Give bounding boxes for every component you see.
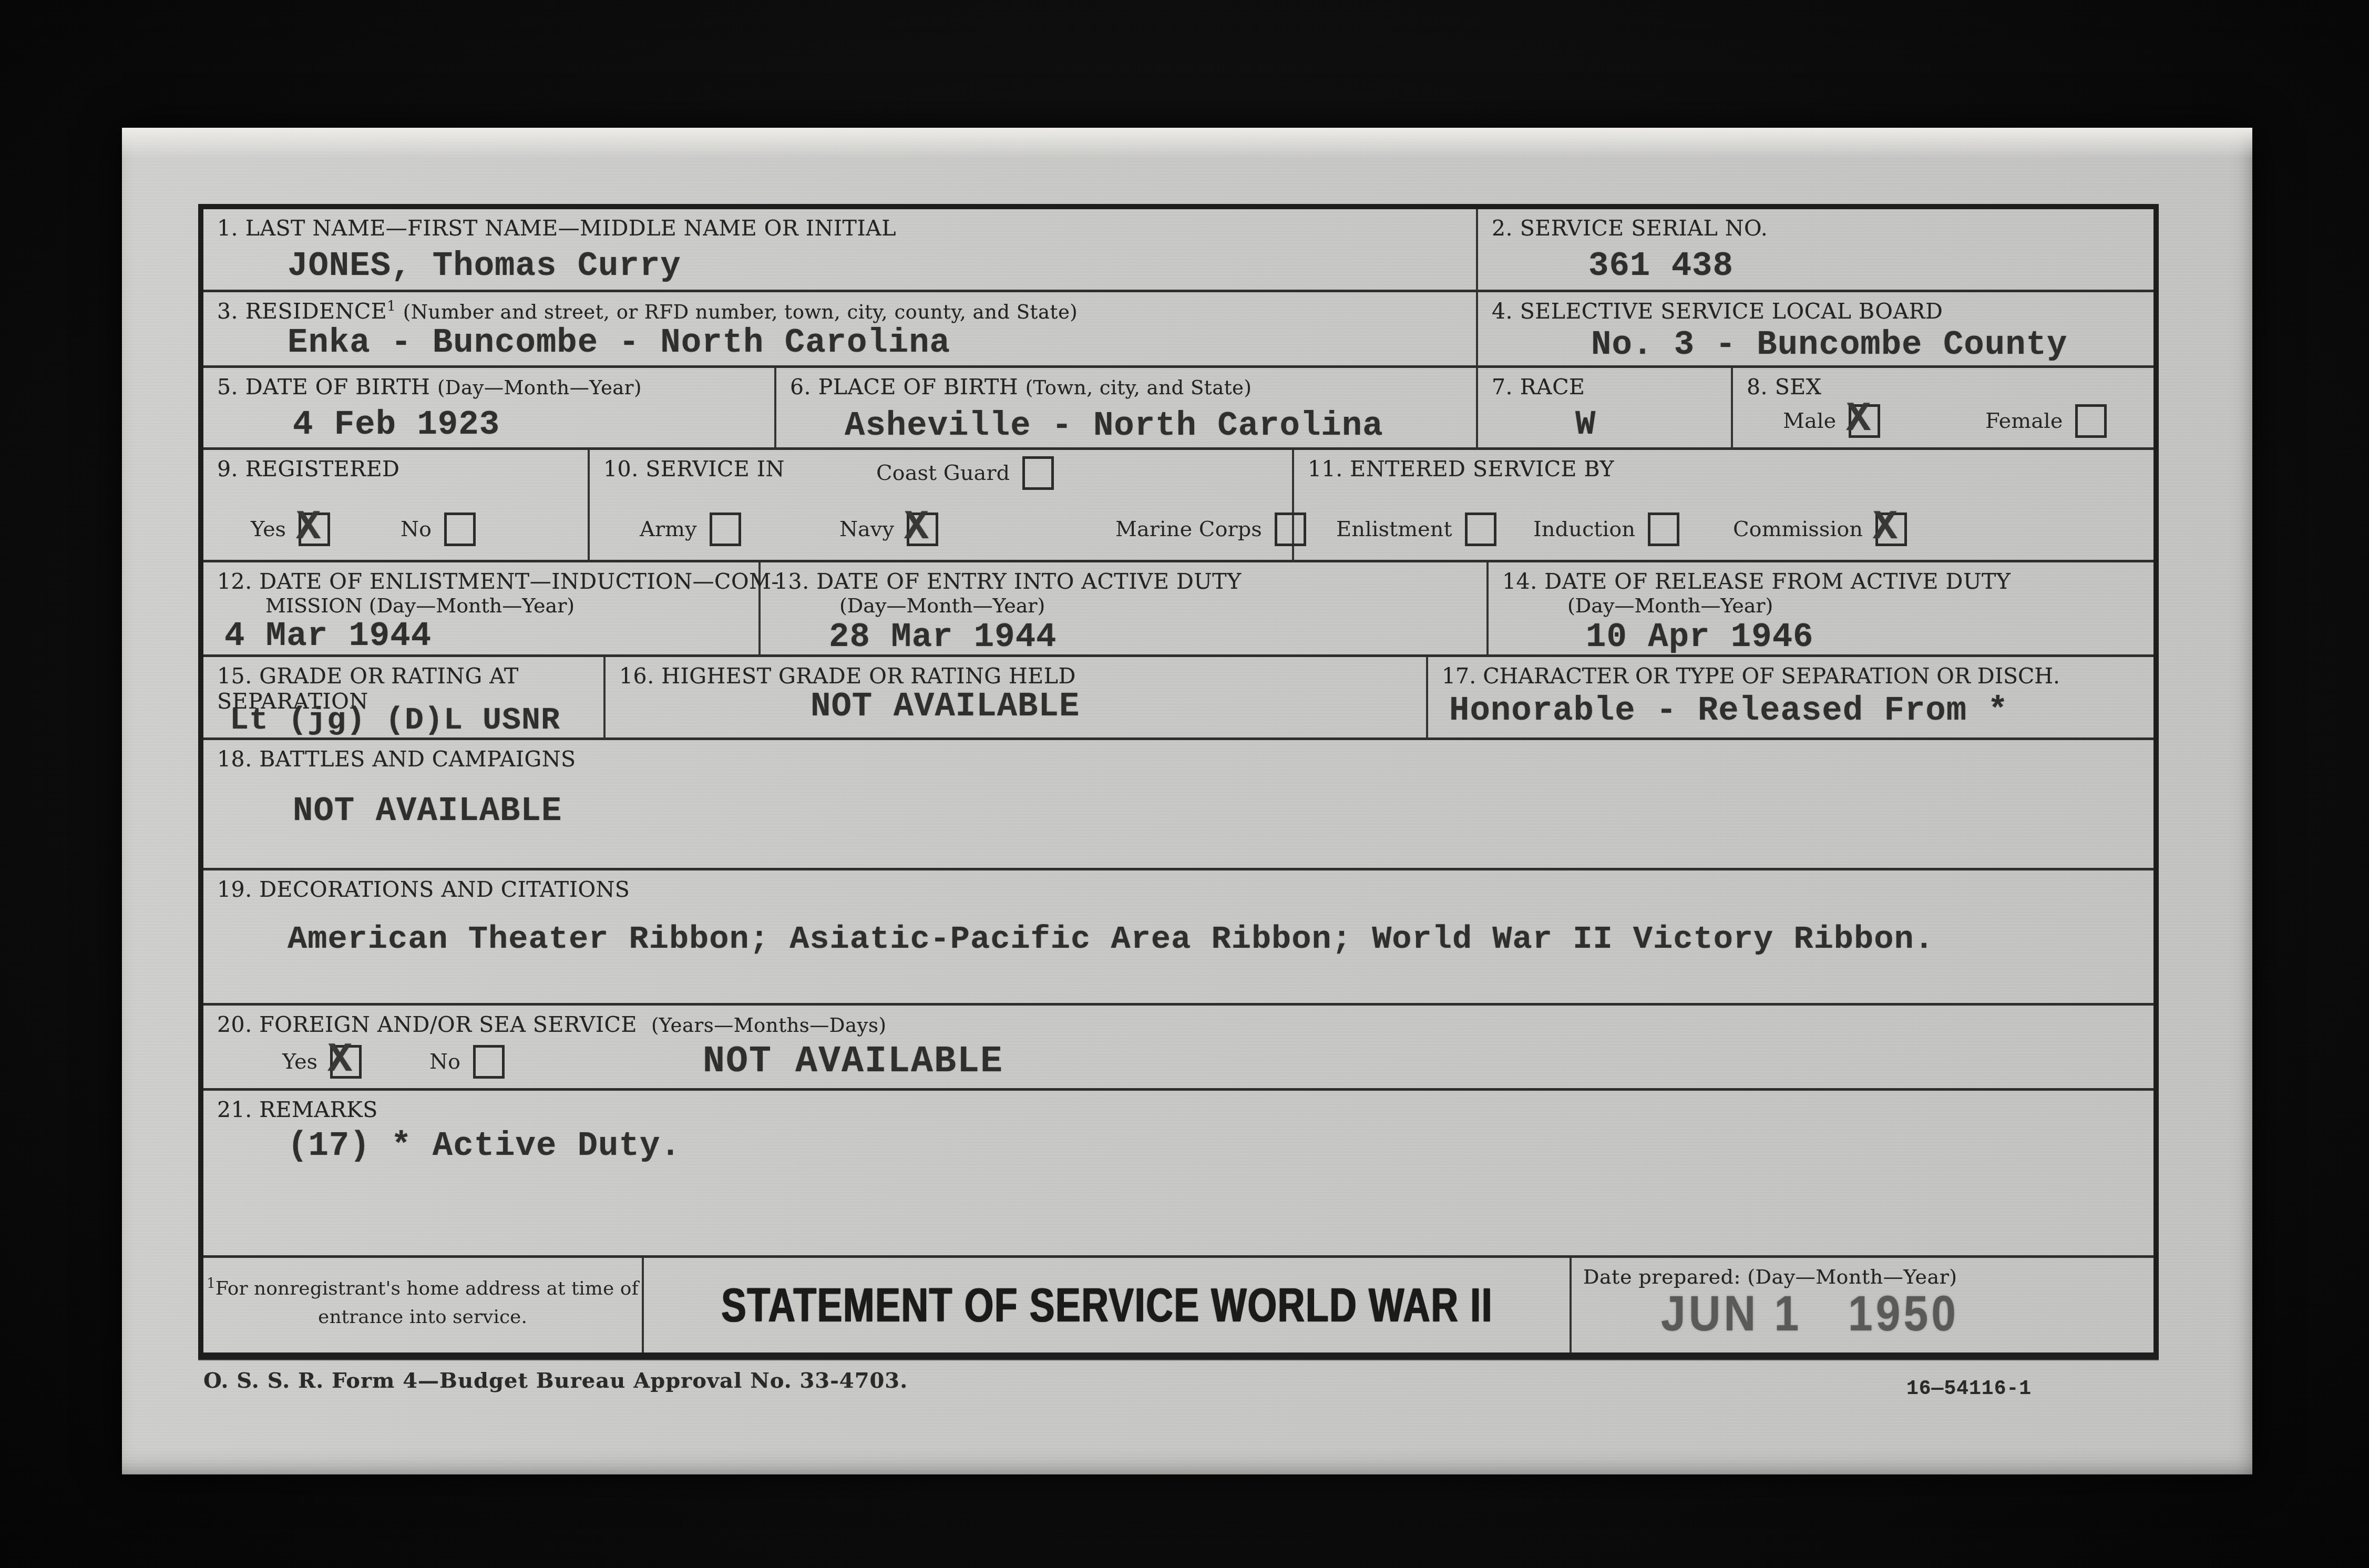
check-mark: X — [1873, 505, 1898, 551]
value-local-board: No. 3 - Buncombe County — [1591, 326, 2067, 364]
field-label: 11. ENTERED SERVICE BY — [1308, 456, 2149, 481]
field-label-line2: MISSION (Day—Month—Year) — [265, 594, 575, 617]
checkbox-sea-service-yes: Yes X — [282, 1045, 362, 1079]
checkbox-sea-service-no: No X — [429, 1045, 505, 1079]
field-9-registered: 9. REGISTERED Yes X No X — [203, 450, 590, 562]
checkbox-label: Induction — [1533, 517, 1635, 541]
field-6-place-of-birth: 6. PLACE OF BIRTH (Town, city, and State… — [776, 368, 1478, 450]
field-sublabel: (Town, city, and State) — [1025, 376, 1252, 399]
checkbox-induction: Induction X — [1533, 513, 1679, 546]
value-date-entry-active-duty: 28 Mar 1944 — [829, 619, 1057, 657]
check-mark: X — [327, 1037, 352, 1083]
field-5-date-of-birth: 5. DATE OF BIRTH (Day—Month—Year) 4 Feb … — [203, 368, 776, 450]
checkbox-box: X — [1022, 456, 1054, 490]
form-title: STATEMENT OF SERVICE WORLD WAR II — [713, 1254, 1500, 1356]
field-label: 18. BATTLES AND CAMPAIGNS — [217, 746, 2149, 772]
checkbox-box: X — [1465, 513, 1496, 546]
checkbox-box: X — [1875, 513, 1907, 546]
checkbox-label: Coast Guard — [876, 461, 1010, 485]
field-label: 7. RACE — [1492, 374, 1727, 399]
checkbox-marine-corps: Marine Corps X — [1115, 513, 1306, 546]
field-label: 5. DATE OF BIRTH — [217, 374, 430, 399]
checkbox-box: X — [2075, 404, 2107, 438]
checkbox-label: Army — [640, 517, 697, 541]
field-label-line2: (Day—Month—Year) — [1567, 594, 1773, 617]
checkbox-label: No — [401, 517, 432, 541]
value-remarks: (17) * Active Duty. — [288, 1128, 681, 1165]
field-1-last-name: 1. LAST NAME—FIRST NAME—MIDDLE NAME OR I… — [203, 209, 1478, 292]
value-date-of-enlistment: 4 Mar 1944 — [224, 618, 432, 655]
checkbox-registered-no: No X — [401, 513, 476, 546]
field-label-line2: (Day—Month—Year) — [839, 594, 1045, 617]
field-3-residence: 3. RESIDENCE1 (Number and street, or RFD… — [203, 292, 1478, 368]
date-prepared-stamp: JUN 1 1950 — [1661, 1285, 1959, 1342]
value-highest-grade: NOT AVAILABLE — [811, 688, 1080, 726]
field-label: 12. DATE OF ENLISTMENT—INDUCTION—COM- — [217, 569, 754, 594]
checkbox-label: Female — [1985, 409, 2063, 433]
checkbox-box: X — [330, 1045, 362, 1079]
checkbox-box: X — [1849, 404, 1880, 438]
field-12-date-of-enlistment: 12. DATE OF ENLISTMENT—INDUCTION—COM- MI… — [203, 562, 761, 657]
check-mark: X — [904, 505, 929, 551]
value-battles-campaigns: NOT AVAILABLE — [293, 793, 562, 831]
field-14-date-release-active-duty: 14. DATE OF RELEASE FROM ACTIVE DUTY (Da… — [1489, 562, 2153, 657]
field-7-race: 7. RACE W — [1478, 368, 1733, 450]
value-residence: Enka - Buncombe - North Carolina — [288, 324, 950, 362]
field-sublabel: (Day—Month—Year) — [437, 376, 642, 399]
check-mark: X — [1846, 396, 1871, 443]
footer-title: STATEMENT OF SERVICE WORLD WAR II — [644, 1258, 1572, 1352]
value-place-of-birth: Asheville - North Carolina — [845, 407, 1383, 445]
form-number: O. S. S. R. Form 4—Budget Bureau Approva… — [203, 1368, 908, 1393]
field-label: 4. SELECTIVE SERVICE LOCAL BOARD — [1492, 299, 2149, 324]
field-4-local-board: 4. SELECTIVE SERVICE LOCAL BOARD No. 3 -… — [1478, 292, 2153, 368]
print-code: 16—54116-1 — [1906, 1378, 2032, 1400]
checkbox-female: Female X — [1985, 404, 2107, 438]
checkbox-enlistment: Enlistment X — [1336, 513, 1496, 546]
checkbox-male: Male X — [1783, 404, 1880, 438]
checkbox-label: Enlistment — [1336, 517, 1452, 541]
checkbox-label: No — [429, 1050, 460, 1074]
scanned-document-page: { "form": { "f1": {"label": "1. LAST NAM… — [0, 0, 2369, 1568]
value-grade-at-separation: Lt (jg) (D)L USNR — [230, 703, 560, 739]
footer-footnote: 1For nonregistrant's home address at tim… — [203, 1258, 644, 1352]
field-label: 1. LAST NAME—FIRST NAME—MIDDLE NAME OR I… — [217, 216, 1472, 241]
field-label: 17. CHARACTER OR TYPE OF SEPARATION OR D… — [1442, 663, 2149, 689]
field-label: 2. SERVICE SERIAL NO. — [1492, 216, 2149, 241]
checkbox-navy: Navy X — [839, 513, 938, 546]
checkbox-box: X — [1648, 513, 1679, 546]
checkbox-box: X — [473, 1045, 505, 1079]
field-2-service-serial: 2. SERVICE SERIAL NO. 361 438 — [1478, 209, 2153, 292]
field-21-remarks: 21. REMARKS (17) * Active Duty. — [203, 1091, 2153, 1258]
footnote-marker: 1 — [207, 1276, 216, 1292]
footnote-line2: entrance into service. — [203, 1303, 642, 1331]
field-label: 8. SEX — [1747, 374, 2149, 399]
field-15-grade-at-separation: 15. GRADE OR RATING AT SEPARATION Lt (jg… — [203, 657, 606, 740]
field-label: 14. DATE OF RELEASE FROM ACTIVE DUTY — [1502, 569, 2149, 594]
checkbox-commission: Commission X — [1733, 513, 1907, 546]
footnote-marker: 1 — [387, 299, 396, 314]
value-foreign-sea-service: NOT AVAILABLE — [703, 1041, 1003, 1083]
checkbox-box: X — [444, 513, 476, 546]
value-date-of-birth: 4 Feb 1923 — [293, 406, 500, 444]
checkbox-coast-guard: Coast Guard X — [876, 456, 1054, 490]
field-sublabel: (Number and street, or RFD number, town,… — [403, 301, 1078, 323]
field-18-battles-campaigns: 18. BATTLES AND CAMPAIGNS NOT AVAILABLE — [203, 740, 2153, 870]
checkbox-label: Yes — [251, 517, 286, 541]
checkbox-box: X — [907, 513, 938, 546]
field-label: 9. REGISTERED — [217, 456, 583, 481]
checkbox-label: Yes — [282, 1050, 317, 1074]
checkbox-label: Marine Corps — [1115, 517, 1262, 541]
check-mark: X — [296, 505, 321, 551]
field-19-decorations-citations: 19. DECORATIONS AND CITATIONS American T… — [203, 870, 2153, 1006]
field-label: 3. RESIDENCE — [217, 299, 387, 324]
value-date-release-active-duty: 10 Apr 1946 — [1586, 619, 1813, 657]
field-label: 13. DATE OF ENTRY INTO ACTIVE DUTY — [774, 569, 1482, 594]
value-character-of-separation: Honorable - Released From * — [1449, 692, 2008, 730]
field-16-highest-grade: 16. HIGHEST GRADE OR RATING HELD NOT AVA… — [606, 657, 1428, 740]
field-20-foreign-sea-service: 20. FOREIGN AND/OR SEA SERVICE (Years—Mo… — [203, 1006, 2153, 1091]
field-11-entered-service-by: 11. ENTERED SERVICE BY Enlistment X Indu… — [1294, 450, 2153, 562]
value-last-name: JONES, Thomas Curry — [288, 248, 681, 285]
checkbox-army: Army X — [640, 513, 741, 546]
field-label: 21. REMARKS — [217, 1097, 2149, 1122]
field-label: 6. PLACE OF BIRTH — [790, 374, 1018, 399]
checkbox-label: Commission — [1733, 517, 1863, 541]
scanned-paper: 1. LAST NAME—FIRST NAME—MIDDLE NAME OR I… — [122, 128, 2252, 1474]
field-17-character-of-separation: 17. CHARACTER OR TYPE OF SEPARATION OR D… — [1428, 657, 2153, 740]
checkbox-box: X — [299, 513, 330, 546]
checkbox-label: Male — [1783, 409, 1836, 433]
field-label: 16. HIGHEST GRADE OR RATING HELD — [619, 663, 1422, 689]
field-label: 20. FOREIGN AND/OR SEA SERVICE — [217, 1012, 637, 1037]
field-13-date-entry-active-duty: 13. DATE OF ENTRY INTO ACTIVE DUTY (Day—… — [761, 562, 1489, 657]
footer-date-prepared: Date prepared: (Day—Month—Year) JUN 1 19… — [1572, 1258, 2153, 1352]
field-sublabel: (Years—Months—Days) — [651, 1014, 887, 1037]
footnote-line1: For nonregistrant's home address at time… — [216, 1278, 639, 1299]
field-label: 19. DECORATIONS AND CITATIONS — [217, 877, 2149, 902]
checkbox-label: Navy — [839, 517, 894, 541]
field-10-service-in: 10. SERVICE IN Coast Guard X Army X Navy… — [590, 450, 1294, 562]
field-8-sex: 8. SEX Male X Female X — [1733, 368, 2153, 450]
checkbox-box: X — [710, 513, 741, 546]
value-service-serial: 361 438 — [1588, 248, 1734, 285]
value-race: W — [1575, 406, 1596, 444]
value-decorations-citations: American Theater Ribbon; Asiatic-Pacific… — [288, 920, 1934, 958]
checkbox-registered-yes: Yes X — [251, 513, 330, 546]
statement-of-service-form: 1. LAST NAME—FIRST NAME—MIDDLE NAME OR I… — [198, 204, 2159, 1360]
